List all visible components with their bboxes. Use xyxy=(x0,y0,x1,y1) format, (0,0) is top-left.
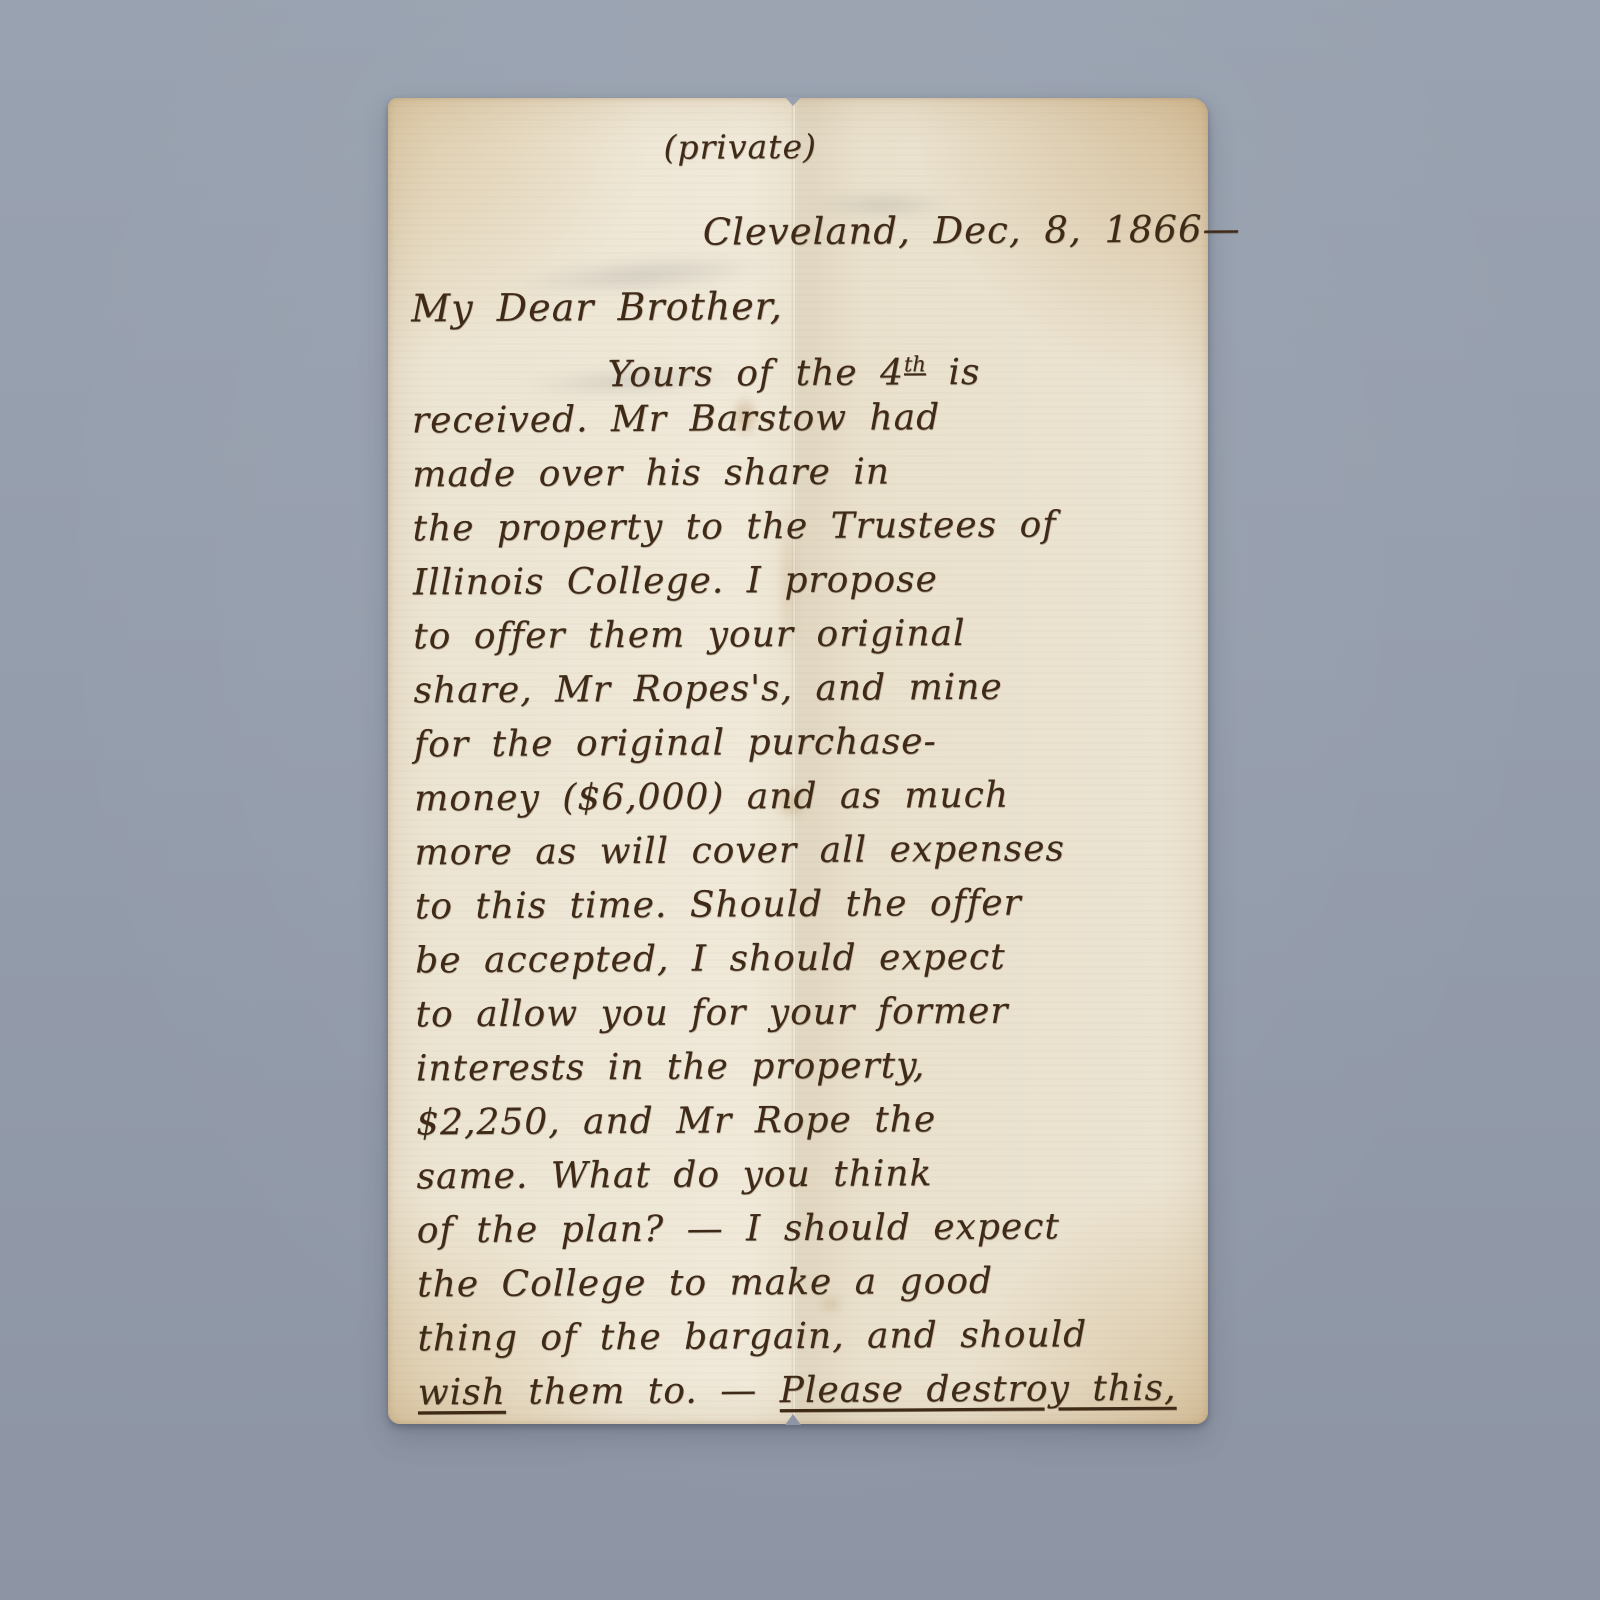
salutation: My Dear Brother, xyxy=(411,272,1175,341)
photo-background: (private) Cleveland, Dec, 8, 1866— My De… xyxy=(0,0,1600,1600)
body-line: for the original purchase- xyxy=(414,714,1178,773)
body-line: to offer them your original xyxy=(413,606,1177,665)
letter-content: (private) Cleveland, Dec, 8, 1866— My De… xyxy=(384,96,1212,1427)
body-line: share, Mr Ropes's, and mine xyxy=(413,660,1177,719)
opening-text-end: is xyxy=(926,352,981,393)
body-line: received. Mr Barstow had xyxy=(412,390,1176,449)
body-line: the College to make a good xyxy=(417,1254,1181,1313)
body-line: $2,250, and Mr Rope the xyxy=(416,1092,1180,1151)
body-line-final: wish them to. — Please destroy this, xyxy=(418,1362,1182,1421)
body-line: be accepted, I should expect xyxy=(415,930,1179,989)
letter-paper: (private) Cleveland, Dec, 8, 1866— My De… xyxy=(388,98,1208,1424)
body-line-opening: Yours of the 4th is xyxy=(411,336,1175,395)
opening-text: Yours of the 4 xyxy=(608,352,905,395)
body-line: to this time. Should the offer xyxy=(415,876,1179,935)
body-line: of the plan? — I should expect xyxy=(417,1200,1181,1259)
body-line: money ($6,000) and as much xyxy=(414,768,1178,827)
final-middle-text: them to. — xyxy=(506,1370,780,1413)
body-line: made over his share in xyxy=(412,444,1176,503)
private-note: (private) xyxy=(358,112,1122,183)
dateline: Cleveland, Dec, 8, 1866— xyxy=(411,200,1175,265)
ordinal-superscript: th xyxy=(904,352,926,376)
body-line: interests in the property, xyxy=(416,1038,1180,1097)
body-line: the property to the Trustees of xyxy=(412,498,1176,557)
body-line: to allow you for your former xyxy=(415,984,1179,1043)
underlined-wish: wish xyxy=(418,1372,506,1414)
underlined-destroy-note: Please destroy this, xyxy=(780,1368,1177,1411)
body-line: Illinois College. I propose xyxy=(413,552,1177,611)
body-line: more as will cover all expenses xyxy=(414,822,1178,881)
body-line: same. What do you think xyxy=(416,1146,1180,1205)
body-line: thing of the bargain, and should xyxy=(417,1308,1181,1367)
